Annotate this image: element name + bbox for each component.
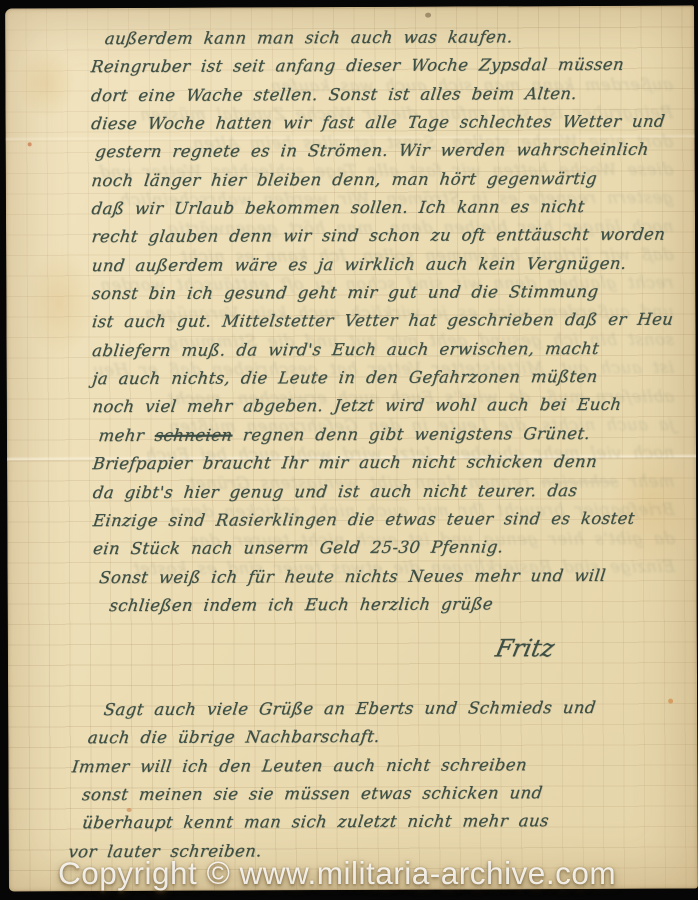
letter-line: ist auch gut. Mittelstetter Vetter hat g… (91, 305, 693, 336)
letter-line: ja auch nichts, die Leute in den Gefahrz… (91, 362, 693, 393)
letter-line: diese Woche hatten wir fast alle Tage sc… (90, 107, 692, 138)
letter-line: außerdem kann man sich auch was kaufen. (89, 22, 691, 53)
letter-line: da gibt's hier genug und ist auch nicht … (91, 475, 693, 506)
letter-line: gestern regnete es in Strömen. Wir werde… (90, 135, 692, 166)
letter-line: noch länger hier bleiben denn, man hört … (90, 163, 692, 194)
letter-body: außerdem kann man sich auch was kaufen.R… (89, 22, 691, 620)
postscript-line: Sagt auch viele Grüße an Eberts und Schm… (66, 693, 694, 724)
letter-line: mehr schneien regnen denn gibt wenigsten… (91, 418, 693, 449)
letter-line: und außerdem wäre es ja wirklich auch ke… (90, 248, 692, 279)
letter-postscript: Sagt auch viele Grüße an Eberts und Schm… (66, 693, 692, 866)
letter-line: Briefpapier braucht Ihr mir auch nicht s… (91, 447, 693, 478)
postscript-line: überhaupt kennt man sich zuletzt nicht m… (67, 806, 695, 837)
paper-stain (24, 248, 94, 358)
letter-line: noch viel mehr abgeben. Jetzt wird wohl … (91, 390, 693, 421)
letter-paper: außerdem kann man sich auch was kaufen.R… (5, 6, 698, 892)
ink-speck (28, 142, 32, 146)
letter-line: dort eine Wache stellen. Sonst ist alles… (90, 78, 692, 109)
letter-line: schließen indem ich Euch herzlich grüße (92, 588, 694, 619)
letter-line: sonst bin ich gesund geht mir gut und di… (90, 277, 692, 308)
struck-word: schneien (154, 425, 234, 444)
signature: Fritz (493, 634, 557, 662)
letter-line: abliefern muß. da wird's Euch auch erwis… (91, 333, 693, 364)
paper-stain (15, 48, 75, 118)
letter-line: recht glauben denn wir sind schon zu oft… (90, 220, 692, 251)
postscript-line: sonst meinen sie sie müssen etwas schick… (67, 778, 695, 809)
postscript-line: Immer will ich den Leuten auch nicht sch… (66, 749, 694, 780)
letter-line: Einzige sind Rasierklingen die etwas teu… (91, 503, 693, 534)
letter-line: Sonst weiß ich für heute nichts Neues me… (92, 560, 694, 591)
postscript-line: auch die übrige Nachbarschaft. (66, 721, 694, 752)
scanned-letter-photo: { "letter": { "lines": [ "außerdem kann … (0, 0, 698, 900)
letter-line: daß wir Urlaub bekommen sollen. Ich kann… (90, 192, 692, 223)
ink-speck (425, 13, 431, 18)
letter-line: Reingruber ist seit anfang dieser Woche … (89, 50, 691, 81)
watermark-text: Copyright © www.militaria-archive.com (58, 855, 616, 892)
letter-line: ein Stück nach unserm Geld 25-30 Pfennig… (91, 532, 693, 563)
